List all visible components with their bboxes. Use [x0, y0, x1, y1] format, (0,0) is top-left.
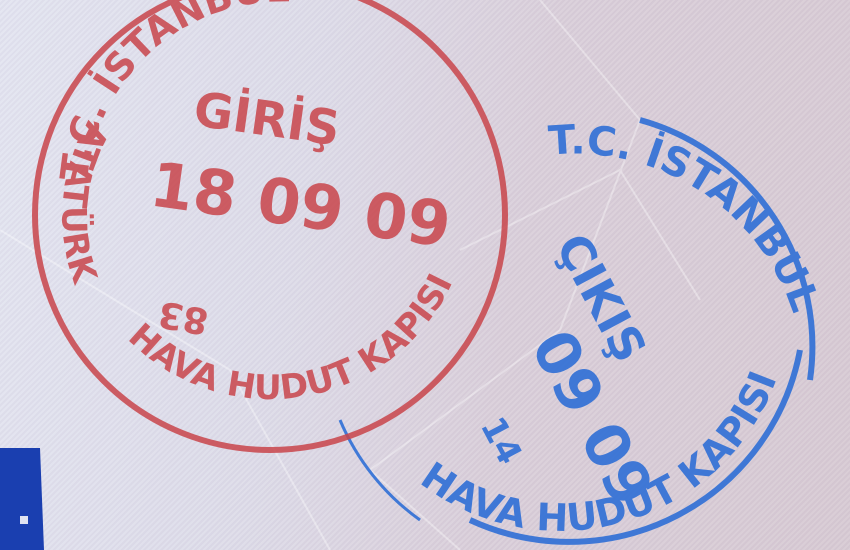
corner-mark — [0, 448, 44, 550]
entry-date: 18 09 09 — [146, 148, 455, 262]
stamps-layer: T.C. İSTANBUL HAVA HUDUT KAPISI ÇIKIŞ 09… — [0, 0, 850, 550]
entry-type-label: GİRİŞ — [190, 80, 343, 157]
corner-mark-dot — [20, 516, 28, 524]
entry-stamp: T.C. İSTANBUL ATATÜRK HAVA HUDUT KAPISI … — [35, 0, 505, 450]
svg-text:HAVA HUDUT KAPISI: HAVA HUDUT KAPISI — [121, 268, 461, 408]
entry-stamp-bottom-text: HAVA HUDUT KAPISI — [121, 268, 461, 408]
exit-officer-number: 14 — [472, 410, 530, 471]
entry-officer-number: 83 — [155, 292, 211, 341]
passport-page-photo: T.C. İSTANBUL HAVA HUDUT KAPISI ÇIKIŞ 09… — [0, 0, 850, 550]
